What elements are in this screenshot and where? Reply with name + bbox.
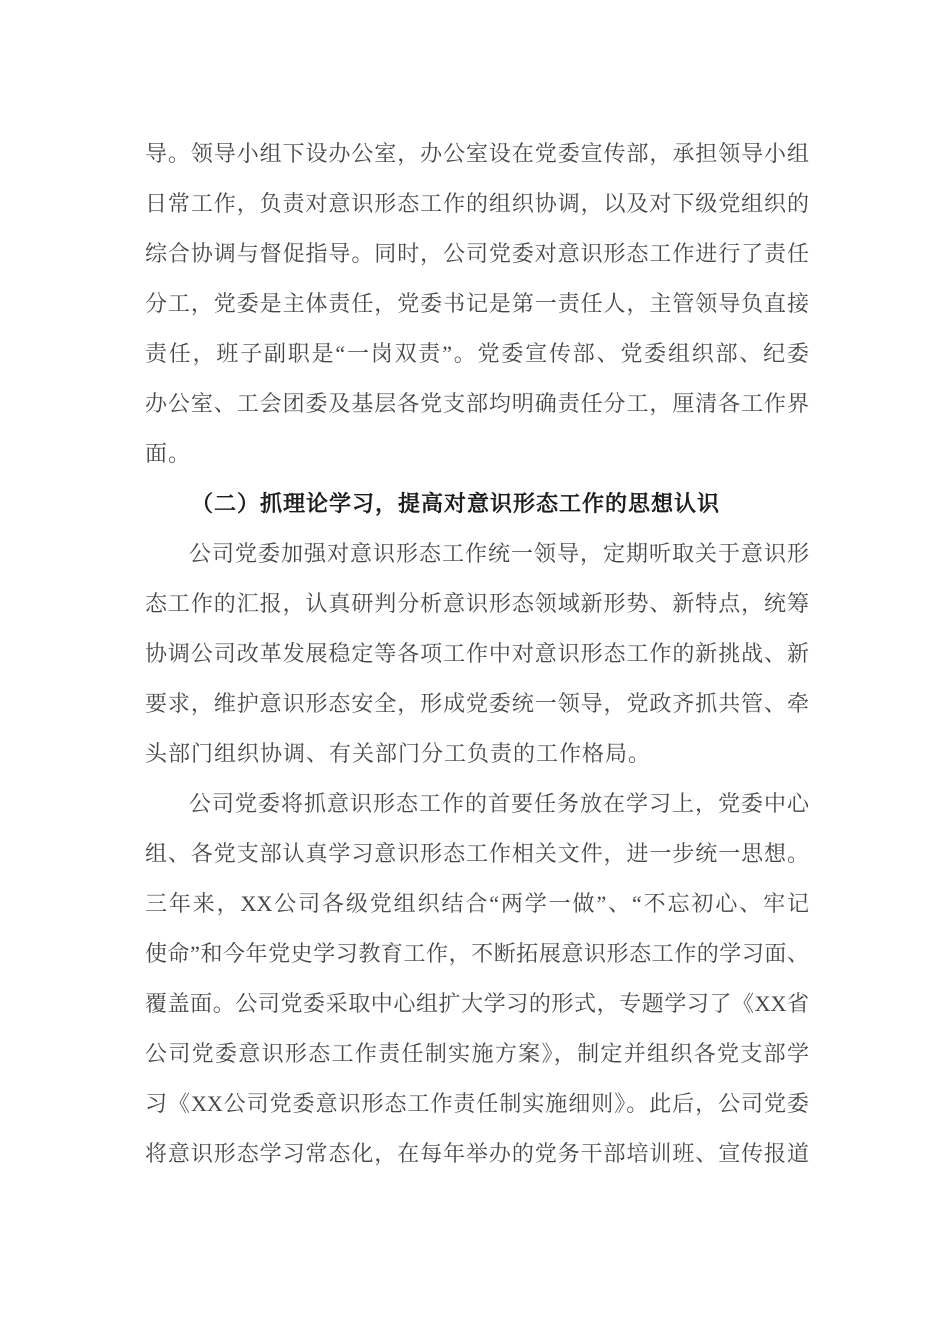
text-line: 导。领导小组下设办公室，办公室设在党委宣传部，承担领导小组 [145,129,809,179]
text-line: 公司党委将抓意识形态工作的首要任务放在学习上，党委中心 [145,779,809,829]
text-line: 面。 [145,429,809,479]
section-heading: （二）抓理论学习，提高对意识形态工作的思想认识 [145,479,809,529]
text-line: 将意识形态学习常态化，在每年举办的党务干部培训班、宣传报道 [145,1129,809,1179]
text-line: 日常工作，负责对意识形态工作的组织协调，以及对下级党组织的 [145,179,809,229]
text-line: 责任，班子副职是“一岗双责”。党委宣传部、党委组织部、纪委 [145,329,809,379]
text-line: 综合协调与督促指导。同时，公司党委对意识形态工作进行了责任 [145,229,809,279]
text-line: 态工作的汇报，认真研判分析意识形态领域新形势、新特点，统筹 [145,579,809,629]
document-page: 导。领导小组下设办公室，办公室设在党委宣传部，承担领导小组日常工作，负责对意识形… [0,0,950,1344]
text-line: 分工，党委是主体责任，党委书记是第一责任人，主管领导负直接 [145,279,809,329]
text-line: 协调公司改革发展稳定等各项工作中对意识形态工作的新挑战、新 [145,629,809,679]
text-line: 头部门组织协调、有关部门分工负责的工作格局。 [145,729,809,779]
text-line: 公司党委加强对意识形态工作统一领导，定期听取关于意识形 [145,529,809,579]
text-line: 办公室、工会团委及基层各党支部均明确责任分工，厘清各工作界 [145,379,809,429]
text-line: 公司党委意识形态工作责任制实施方案》，制定并组织各党支部学 [145,1029,809,1079]
text-line: 习《XX公司党委意识形态工作责任制实施细则》。此后，公司党委 [145,1079,809,1129]
text-line: 使命”和今年党史学习教育工作，不断拓展意识形态工作的学习面、 [145,929,809,979]
text-line: 三年来，XX公司各级党组织结合“两学一做”、“不忘初心、牢记 [145,879,809,929]
text-line: 要求，维护意识形态安全，形成党委统一领导，党政齐抓共管、牵 [145,679,809,729]
text-line: 组、各党支部认真学习意识形态工作相关文件，进一步统一思想。 [145,829,809,879]
document-content: 导。领导小组下设办公室，办公室设在党委宣传部，承担领导小组日常工作，负责对意识形… [145,129,809,1179]
text-line: 覆盖面。公司党委采取中心组扩大学习的形式，专题学习了《XX省 [145,979,809,1029]
